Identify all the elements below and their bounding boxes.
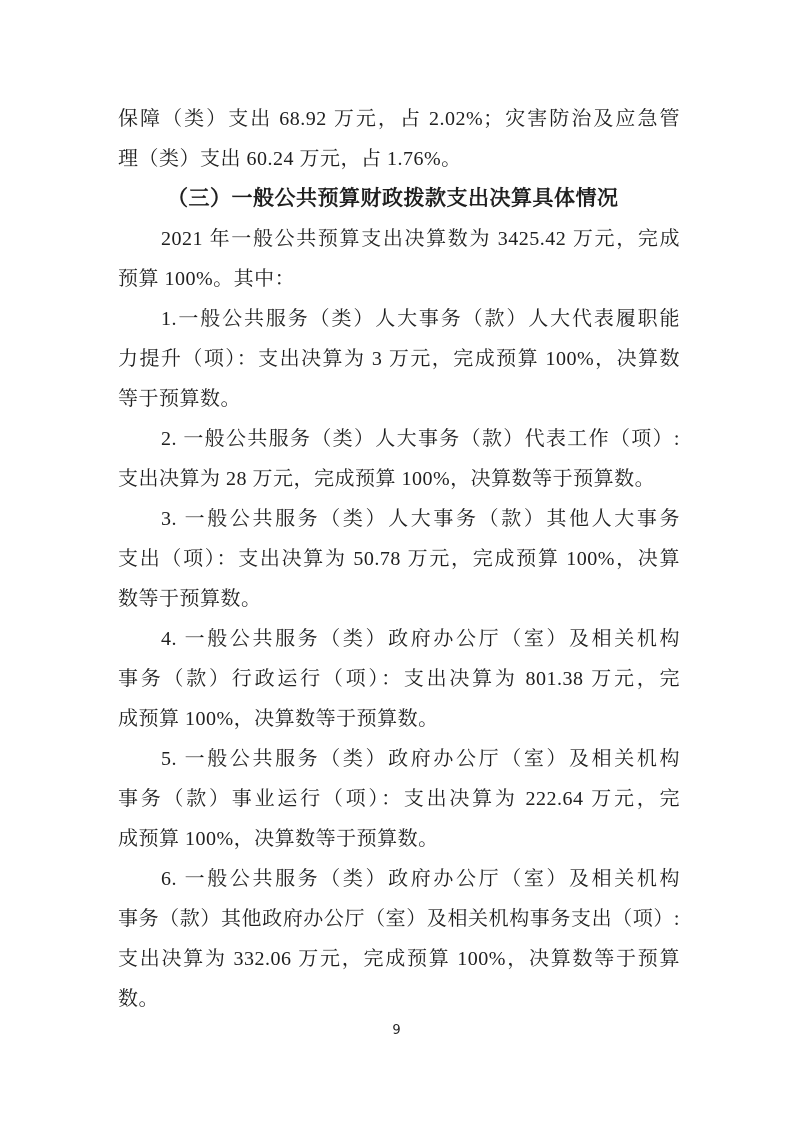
text-line: 成预算 100%，决算数等于预算数。 [118,819,680,859]
text-line: 事务（款）事业运行（项）：支出决算为 222.64 万元，完 [118,779,680,819]
text-line: 事务（款）行政运行（项）：支出决算为 801.38 万元，完 [118,659,680,699]
text-line: 数。 [118,979,680,1019]
document-page: 保障（类）支出 68.92 万元，占 2.02%；灾害防治及应急管 理（类）支出… [0,0,793,1122]
text-line: 成预算 100%，决算数等于预算数。 [118,699,680,739]
text-line: 支出决算为 28 万元，完成预算 100%，决算数等于预算数。 [118,459,680,499]
text-line: 支出（项）：支出决算为 50.78 万元，完成预算 100%，决算 [118,539,680,579]
body-text: 保障（类）支出 68.92 万元，占 2.02%；灾害防治及应急管 理（类）支出… [118,99,680,1019]
page-number: 9 [0,1022,793,1040]
text-line: 等于预算数。 [118,379,680,419]
text-line: 1.一般公共服务（类）人大事务（款）人大代表履职能 [118,299,680,339]
text-line: 力提升（项）：支出决算为 3 万元，完成预算 100%，决算数 [118,339,680,379]
text-line: 支出决算为 332.06 万元，完成预算 100%，决算数等于预算 [118,939,680,979]
text-line: 理（类）支出 60.24 万元，占 1.76%。 [118,139,680,179]
section-heading: （三）一般公共预算财政拨款支出决算具体情况 [118,179,680,219]
text-line: 2021 年一般公共预算支出决算数为 3425.42 万元，完成 [118,219,680,259]
text-line: 3. 一般公共服务（类）人大事务（款）其他人大事务 [118,499,680,539]
text-line: 4. 一般公共服务（类）政府办公厅（室）及相关机构 [118,619,680,659]
text-line: 5. 一般公共服务（类）政府办公厅（室）及相关机构 [118,739,680,779]
text-line: 预算 100%。其中： [118,259,680,299]
text-line: 保障（类）支出 68.92 万元，占 2.02%；灾害防治及应急管 [118,99,680,139]
text-line: 事务（款）其他政府办公厅（室）及相关机构事务支出（项）: [118,899,680,939]
text-line: 6. 一般公共服务（类）政府办公厅（室）及相关机构 [118,859,680,899]
text-line: 数等于预算数。 [118,579,680,619]
text-line: 2. 一般公共服务（类）人大事务（款）代表工作（项）: [118,419,680,459]
